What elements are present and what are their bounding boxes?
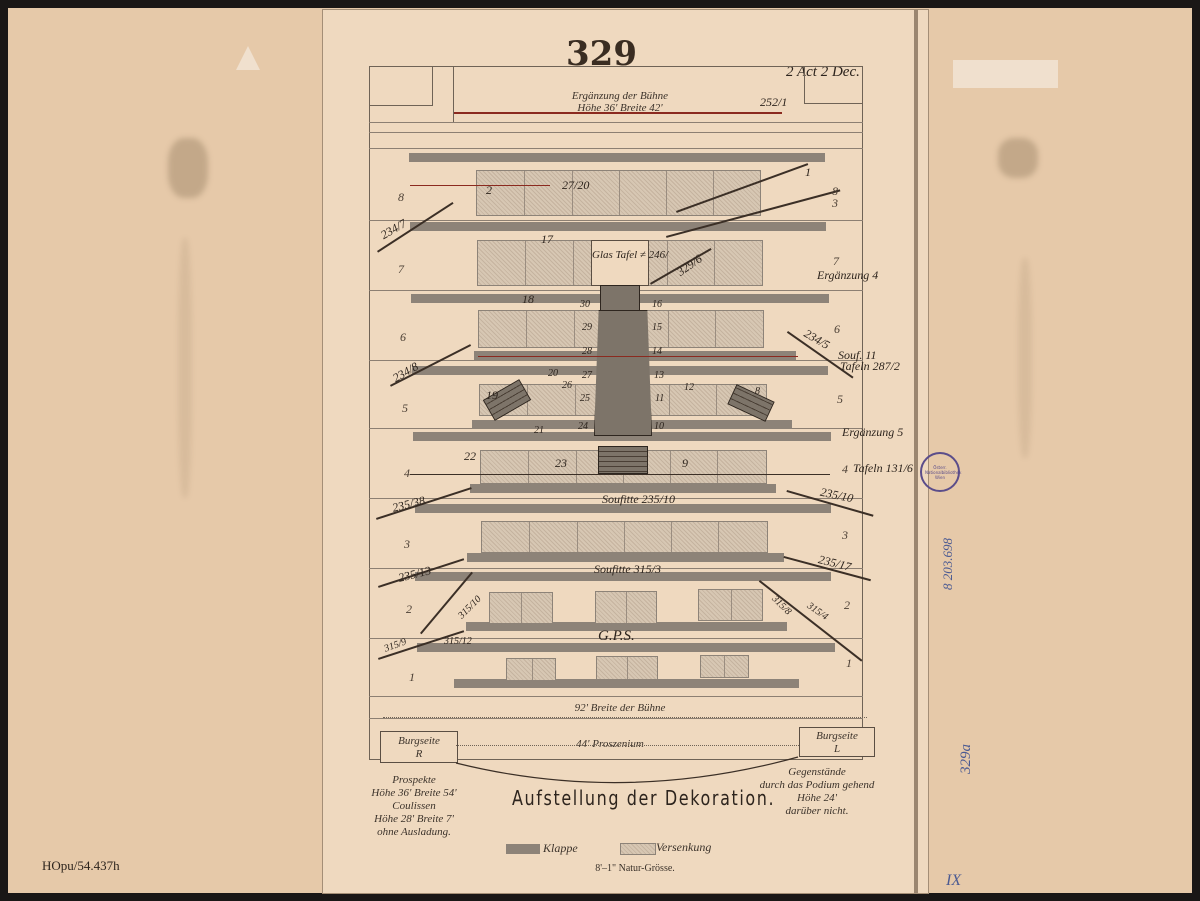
pencil-note-3: IX	[946, 872, 961, 890]
library-stamp: Österr. Nationalbibliothek Wien	[920, 452, 960, 492]
note-line: Gegenstände	[752, 766, 882, 779]
annotation: 22	[464, 449, 476, 464]
notes-right: Gegenstände durch das Podium gehend Höhe…	[752, 766, 882, 818]
guide-line	[369, 220, 863, 221]
versenkung-row-2c	[698, 589, 763, 621]
annotation: 27	[582, 370, 592, 381]
row-label-left: 4	[404, 466, 410, 481]
row-label-left: 7	[398, 262, 404, 277]
annotation: 28	[582, 346, 592, 357]
stain	[178, 238, 192, 498]
pencil-note-2: 329a	[958, 744, 975, 774]
guide-line	[369, 148, 863, 149]
versenkung-row-2b	[595, 591, 657, 624]
row-label-left: 3	[404, 537, 410, 552]
note-line: durch das Podium gehend	[752, 779, 882, 792]
note-line: ohne Ausladung.	[368, 826, 460, 839]
row-label-right: 4	[842, 462, 848, 477]
annotation: 8	[755, 386, 760, 397]
guide-line	[369, 132, 863, 133]
tower-body	[594, 310, 652, 436]
annotation: Ergänzung 4	[817, 268, 878, 283]
annotation: 29	[582, 322, 592, 333]
note-line: Höhe 24'	[752, 792, 882, 805]
annotation: Soufitte 315/3	[594, 562, 661, 577]
row-label-right: 6	[834, 322, 840, 337]
row-label-right: 3	[842, 528, 848, 543]
header-ref: 252/1	[760, 95, 787, 110]
tape-fragment	[953, 60, 1058, 88]
row-label-left: 2	[406, 602, 412, 617]
row-label-left: 6	[400, 330, 406, 345]
versenkung-row-1a	[506, 658, 556, 681]
annotation: 315/12	[444, 636, 472, 647]
stain	[1018, 258, 1032, 458]
stage-width-label: 92' Breite der Bühne	[520, 702, 720, 715]
klappe-bar	[467, 553, 784, 562]
guide-line	[369, 696, 863, 697]
glass-panel-label: Glas Tafel ≠ 246/	[592, 249, 648, 262]
versenkung-row-3	[481, 521, 768, 553]
annotation: 16	[652, 299, 662, 310]
guide-line	[369, 718, 863, 719]
tower-base	[598, 446, 648, 474]
note-line: Höhe 36' Breite 54'	[368, 787, 460, 800]
red-leader-line	[410, 185, 550, 186]
versenkung-row-1c	[700, 655, 749, 678]
annotation: 30	[580, 299, 590, 310]
annotation: Ergänzung 5	[842, 425, 903, 440]
note-line: darüber nicht.	[752, 805, 882, 818]
drawing-title: Aufstellung der Dekoration.	[512, 786, 775, 810]
stain	[168, 138, 208, 198]
tape-fragment	[236, 46, 260, 70]
row-label-right: 2	[844, 598, 850, 613]
burgseite-l-side: L	[800, 743, 874, 756]
note-line: Prospekte	[368, 774, 460, 787]
annotation: 25	[580, 393, 590, 404]
annotation: Tafeln 287/2	[840, 359, 900, 374]
annotation: 10	[654, 421, 664, 432]
guide-line	[369, 122, 863, 123]
red-line	[454, 112, 782, 114]
annotation: 17	[541, 232, 553, 247]
annotation: 12	[684, 382, 694, 393]
leader-line	[410, 474, 830, 475]
burgseite-right-box: Burgseite R	[380, 731, 458, 763]
corner-box-left	[369, 66, 433, 106]
proscenium-dimension	[456, 745, 799, 746]
tower-neck	[600, 285, 640, 311]
annotation: 23	[555, 456, 567, 471]
annotation: 1	[805, 165, 811, 180]
red-leader-line	[478, 356, 798, 357]
glass-panel-box: Glas Tafel ≠ 246/	[591, 240, 649, 286]
klappe-bar	[409, 153, 825, 162]
row-label-right: 3	[832, 196, 838, 211]
stamp-text: Österr. Nationalbibliothek Wien	[925, 465, 955, 480]
stain	[998, 138, 1038, 178]
annotation: 15	[652, 322, 662, 333]
stage-width-dimension	[383, 717, 867, 718]
annotation: 21	[534, 425, 544, 436]
annotation: G.P.S.	[598, 628, 635, 645]
scale-label: 8'–1" Natur-Grösse.	[580, 862, 690, 875]
legend-versenkung-swatch	[620, 843, 656, 855]
inventory-number: HOpu/54.437h	[42, 858, 120, 874]
annotation: 19	[486, 388, 498, 403]
legend-klappe-label: Klappe	[543, 842, 578, 855]
versenkung-row-8	[476, 170, 761, 216]
annotation: 20	[548, 368, 558, 379]
row-label-right: 1	[846, 656, 852, 671]
annotation: 11	[655, 393, 664, 404]
row-label-left: 8	[398, 190, 404, 205]
row-label-left: 5	[402, 401, 408, 416]
burgseite-r-side: R	[381, 748, 457, 761]
legend-versenkung-label: Versenkung	[656, 841, 711, 854]
note-line: Coulissen	[368, 800, 460, 813]
burgseite-left-box: Burgseite L	[799, 727, 875, 757]
annotation: 26	[562, 380, 572, 391]
sheet-edge	[914, 10, 918, 893]
annotation: 13	[654, 370, 664, 381]
row-label-right: 7	[833, 254, 839, 269]
row-label-left: 1	[409, 670, 415, 685]
annotation: 2	[486, 183, 492, 198]
burgseite-r-label: Burgseite	[381, 735, 457, 748]
pencil-note-1: 8 203.698	[940, 538, 956, 590]
annotation: 14	[652, 346, 662, 357]
annotation: Soufitte 235/10	[602, 492, 675, 507]
note-line: Höhe 28' Breite 7'	[368, 813, 460, 826]
row-label-right: 5	[837, 392, 843, 407]
annotation: 27/20	[562, 178, 589, 193]
corner-box-right	[804, 66, 863, 104]
versenkung-row-1b	[596, 656, 658, 680]
annotation: 18	[522, 292, 534, 307]
notes-left: Prospekte Höhe 36' Breite 54' Coulissen …	[368, 774, 460, 839]
annotation: 24	[578, 421, 588, 432]
legend-klappe-swatch	[506, 844, 540, 854]
klappe-bar	[410, 222, 826, 231]
burgseite-l-label: Burgseite	[800, 730, 874, 743]
annotation: 9	[682, 456, 688, 471]
versenkung-row-2a	[489, 592, 553, 624]
annotation: Tafeln 131/6	[853, 461, 913, 476]
